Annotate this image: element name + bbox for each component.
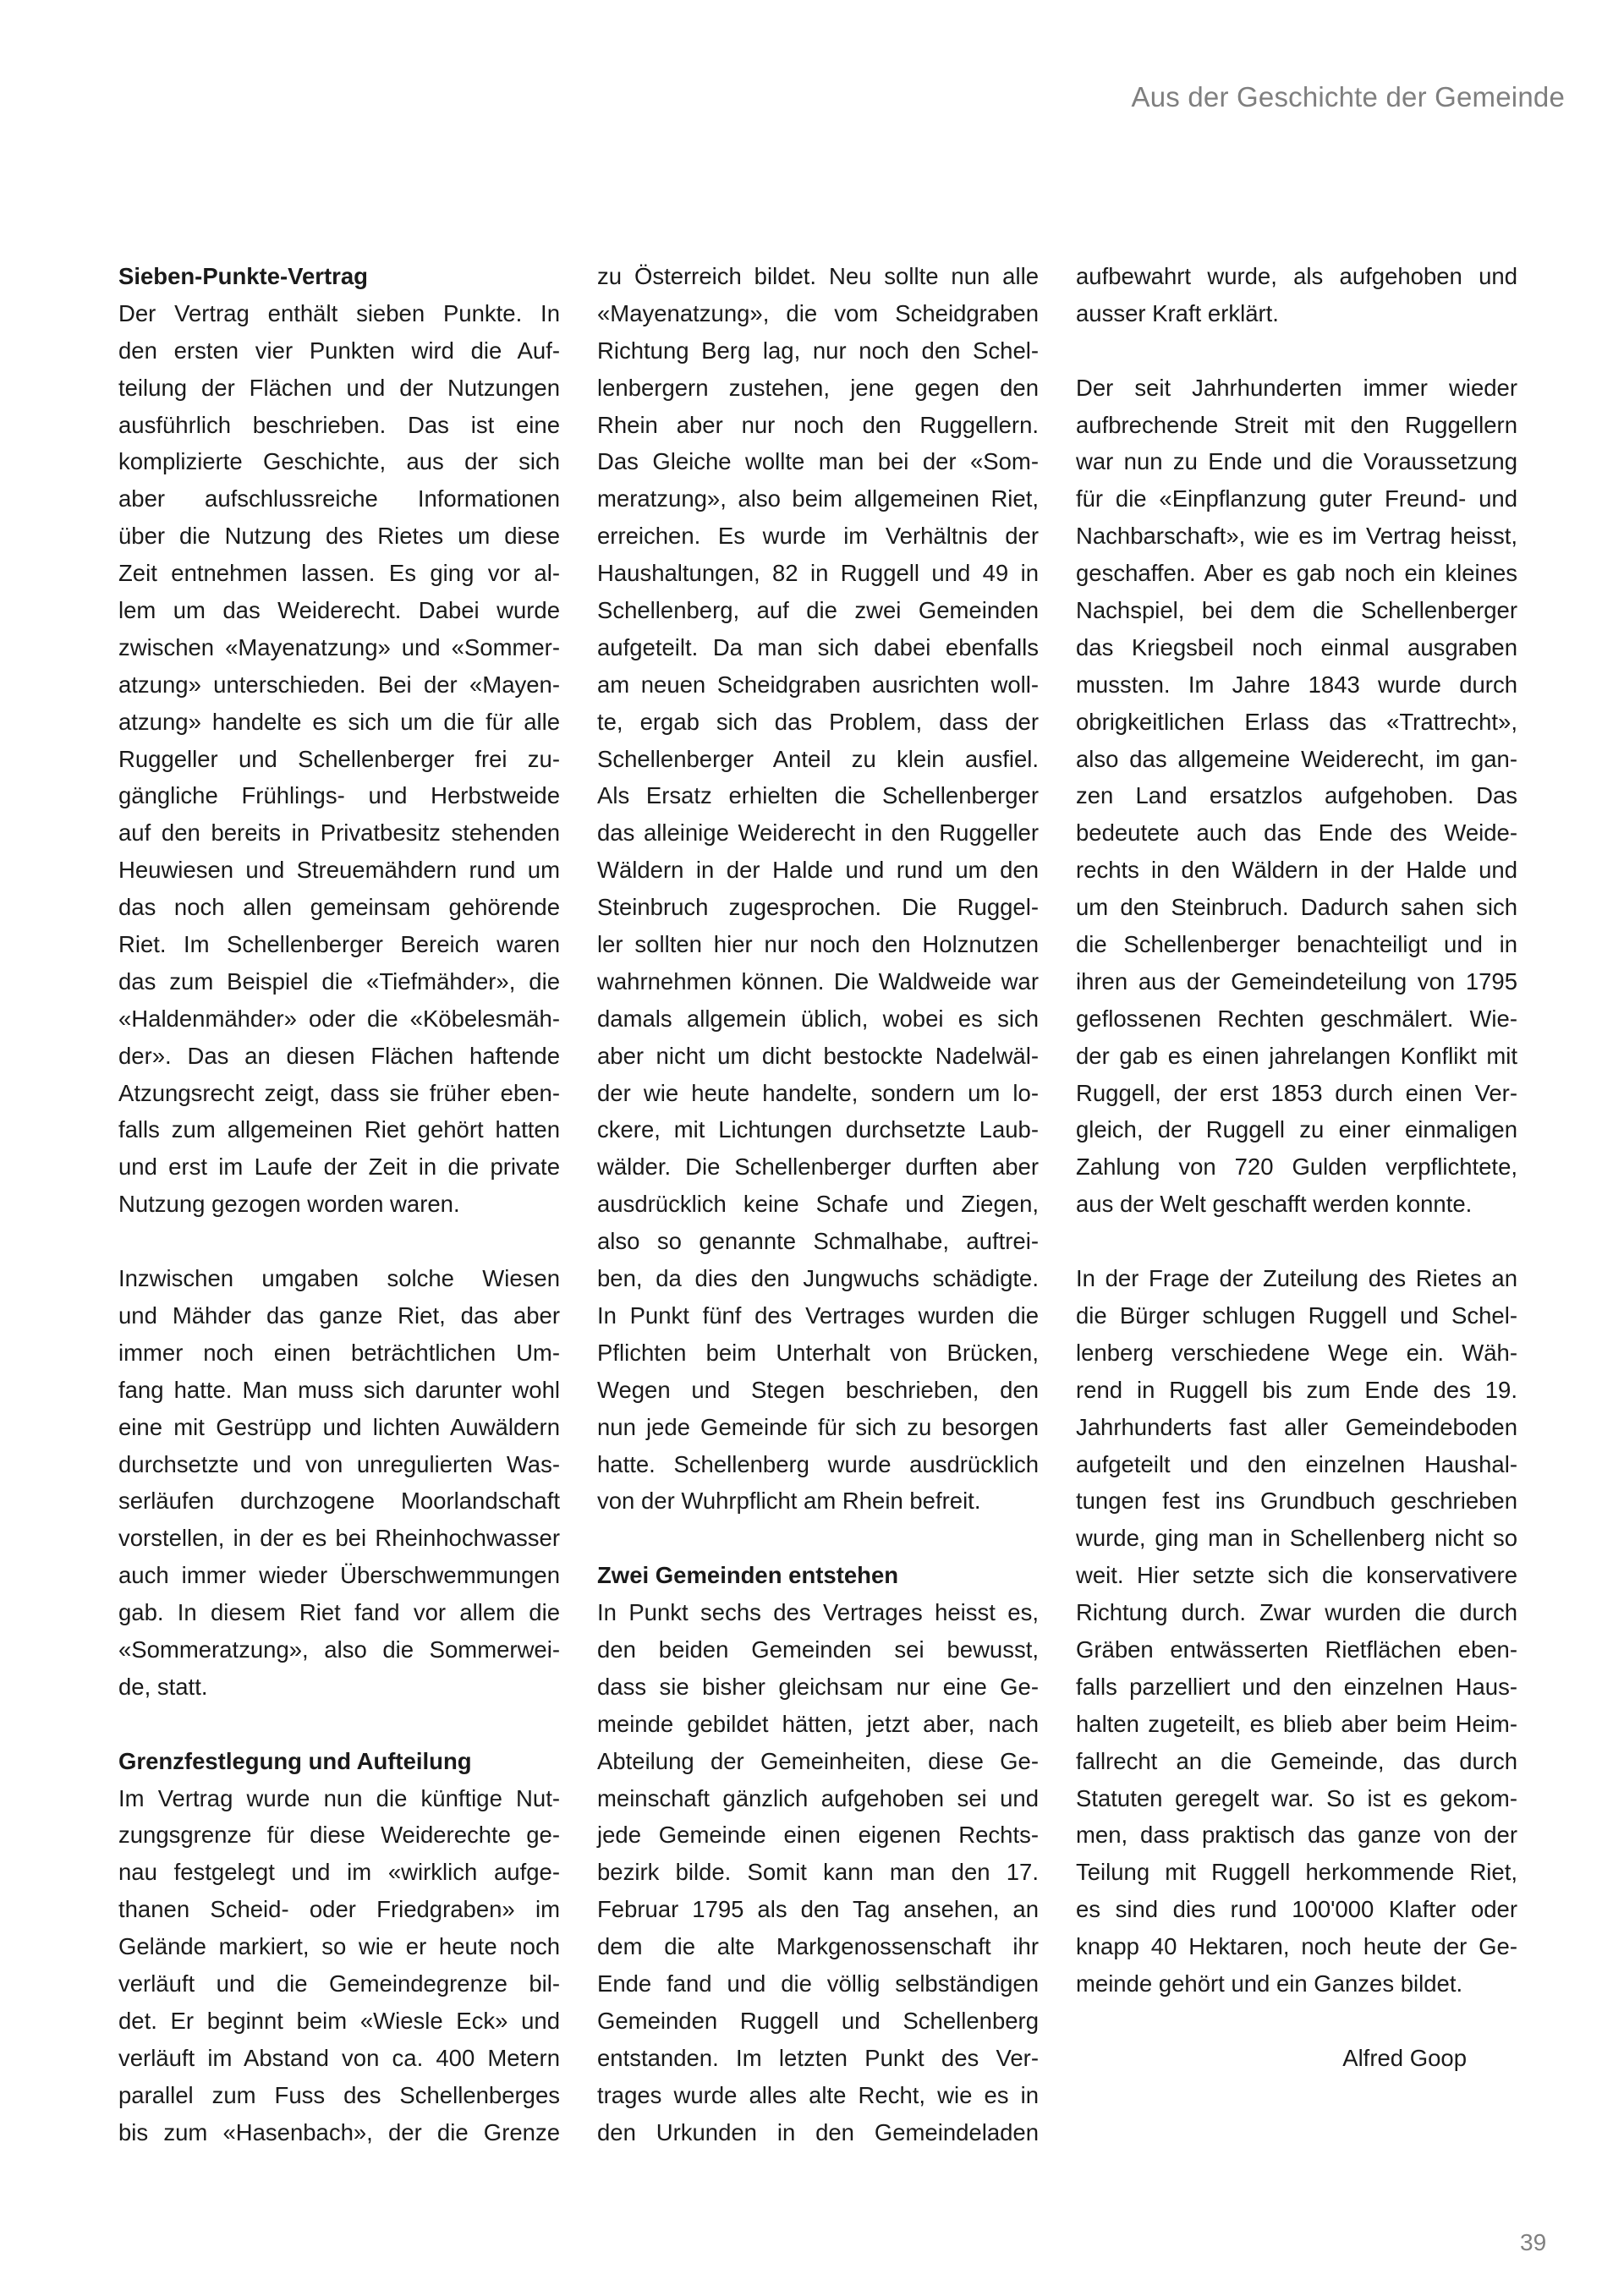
text-line: bedeutete auch das Ende des Weide- — [1076, 814, 1517, 852]
text-line: ausdrücklich keine Schafe und Ziegen, — [597, 1186, 1039, 1223]
text-line: um den Steinbruch. Dadurch sahen sich — [1076, 889, 1517, 926]
text-line: aus der Welt geschafft werden konnte. — [1076, 1186, 1517, 1223]
author-signature: Alfred Goop — [1076, 2040, 1517, 2077]
text-line: Richtung Berg lag, nur noch den Schel- — [597, 332, 1039, 370]
text-line: Pflichten beim Unterhalt von Brücken, — [597, 1334, 1039, 1372]
text-line: also so genannte Schmalhabe, auftrei- — [597, 1223, 1039, 1260]
paragraph: Im Vertrag wurde nun die künftige Nut-zu… — [118, 1780, 560, 2151]
text-line: immer noch einen beträchtlichen Um- — [118, 1334, 560, 1372]
text-line: Statuten geregelt war. So ist es gekom- — [1076, 1780, 1517, 1817]
text-line: die Schellenberger benachteiligt und in — [1076, 926, 1517, 963]
paragraph: Der seit Jahrhunderten immer wiederaufbr… — [1076, 370, 1517, 1223]
text-line: «Sommeratzung», also die Sommerwei- — [118, 1631, 560, 1669]
text-line: das noch allen gemeinsam gehörende — [118, 889, 560, 926]
text-line: In der Frage der Zuteilung des Rietes an — [1076, 1260, 1517, 1297]
text-line: ckere, mit Lichtungen durchsetzte Laub- — [597, 1111, 1039, 1148]
text-line: geschaffen. Aber es gab noch ein kleines — [1076, 555, 1517, 592]
section-heading-zwei-gemeinden: Zwei Gemeinden entstehen — [597, 1557, 1039, 1594]
text-line: wurde, ging man in Schellenberg nicht so — [1076, 1520, 1517, 1557]
text-line: Teilung mit Ruggell herkommende Riet, — [1076, 1854, 1517, 1891]
paragraph: In der Frage der Zuteilung des Rietes an… — [1076, 1260, 1517, 2003]
text-line: Abteilung der Gemeinheiten, diese Ge- — [597, 1743, 1039, 1780]
text-line: ausführlich beschrieben. Das ist eine — [118, 407, 560, 444]
text-line: Der seit Jahrhunderten immer wieder — [1076, 370, 1517, 407]
text-line: atzung» handelte es sich um die für alle — [118, 704, 560, 741]
text-line: Ende fand und die völlig selbständigen — [597, 1965, 1039, 2003]
text-line: Gemeinden Ruggell und Schellenberg — [597, 2003, 1039, 2040]
text-line: Als Ersatz erhielten die Schellenberger — [597, 777, 1039, 814]
text-line: fang hatte. Man muss sich darunter wohl — [118, 1372, 560, 1409]
text-line: Atzungsrecht zeigt, dass sie früher eben… — [118, 1075, 560, 1112]
text-line: damals allgemein üblich, wobei es sich — [597, 1000, 1039, 1038]
text-line: meinde gebildet hätten, jetzt aber, nach — [597, 1706, 1039, 1743]
text-line: nau festgelegt und im «wirklich aufge- — [118, 1854, 560, 1891]
text-line: falls zum allgemeinen Riet gehört hatten — [118, 1111, 560, 1148]
text-line: aufbrechende Streit mit den Ruggellern — [1076, 407, 1517, 444]
text-line: meinde gehört und ein Ganzes bildet. — [1076, 1965, 1517, 2003]
text-line: Der Vertrag enthält sieben Punkte. In — [118, 295, 560, 332]
section-heading-grenzfestlegung: Grenzfestlegung und Aufteilung — [118, 1743, 560, 1780]
text-line: der gab es einen jahrelangen Konflikt mi… — [1076, 1038, 1517, 1075]
text-column-3: aufbewahrt wurde, als aufgehoben undauss… — [1076, 258, 1517, 2077]
text-line: verläuft im Abstand von ca. 400 Metern — [118, 2040, 560, 2077]
text-line: geflossenen Rechten geschmälert. Wie- — [1076, 1000, 1517, 1038]
text-line: trages wurde alles alte Recht, wie es in — [597, 2077, 1039, 2114]
paragraph-spacer — [118, 1223, 560, 1260]
text-line: «Mayenatzung», die vom Scheidgraben — [597, 295, 1039, 332]
text-line: Heuwiesen und Streuemähdern rund um — [118, 852, 560, 889]
text-line: ihren aus der Gemeindeteilung von 1795 — [1076, 963, 1517, 1000]
text-line: auf den bereits in Privatbesitz stehende… — [118, 814, 560, 852]
text-line: verläuft und die Gemeindegrenze bil- — [118, 1965, 560, 2003]
paragraph-spacer — [1076, 2003, 1517, 2040]
text-line: Zeit entnehmen lassen. Es ging vor al- — [118, 555, 560, 592]
text-line: Wegen und Stegen beschrieben, den — [597, 1372, 1039, 1409]
text-line: Schellenberger Anteil zu klein ausfiel. — [597, 741, 1039, 778]
text-line: Im Vertrag wurde nun die künftige Nut- — [118, 1780, 560, 1817]
text-line: das alleinige Weiderecht in den Ruggelle… — [597, 814, 1039, 852]
text-line: teilung der Flächen und der Nutzungen — [118, 370, 560, 407]
text-line: men, dass praktisch das ganze von der — [1076, 1817, 1517, 1854]
text-line: erreichen. Es wurde im Verhältnis der — [597, 518, 1039, 555]
text-line: Nachbarschaft», wie es im Vertrag heisst… — [1076, 518, 1517, 555]
text-line: knapp 40 Hektaren, noch heute der Ge- — [1076, 1928, 1517, 1965]
paragraph-spacer — [1076, 1223, 1517, 1260]
paragraph: Der Vertrag enthält sieben Punkte. Inden… — [118, 295, 560, 1223]
text-line: für die «Einpflanzung guter Freund- und — [1076, 480, 1517, 518]
text-line: aufgeteilt und den einzelnen Haushal- — [1076, 1446, 1517, 1483]
text-line: Nachspiel, bei dem die Schellenberger — [1076, 592, 1517, 629]
text-line: wälder. Die Schellenberger durften aber — [597, 1148, 1039, 1186]
text-line: gleich, der Ruggell zu einer einmaligen — [1076, 1111, 1517, 1148]
text-line: Wäldern in der Halde und rund um den — [597, 852, 1039, 889]
text-line: fallrecht an die Gemeinde, das durch — [1076, 1743, 1517, 1780]
text-line: es sind dies rund 100'000 Klafter oder — [1076, 1891, 1517, 1928]
text-line: nun jede Gemeinde für sich zu besorgen — [597, 1409, 1039, 1446]
text-line: atzung» unterschieden. Bei der «Mayen- — [118, 666, 560, 704]
paragraph-spacer — [1076, 332, 1517, 370]
text-line: Nutzung gezogen worden waren. — [118, 1186, 560, 1223]
text-line: jede Gemeinde einen eigenen Rechts- — [597, 1817, 1039, 1854]
text-line: In Punkt fünf des Vertrages wurden die — [597, 1297, 1039, 1334]
text-line: aufbewahrt wurde, als aufgehoben und — [1076, 258, 1517, 295]
text-line: aufgeteilt. Da man sich dabei ebenfalls — [597, 629, 1039, 666]
running-header-title: Aus der Geschichte der Gemeinde — [1132, 81, 1565, 113]
text-line: det. Er beginnt beim «Wiesle Eck» und — [118, 2003, 560, 2040]
text-line: den beiden Gemeinden sei bewusst, — [597, 1631, 1039, 1669]
paragraph-spacer — [597, 1520, 1039, 1557]
text-line: lenbergern zustehen, jene gegen den — [597, 370, 1039, 407]
text-line: komplizierte Geschichte, aus der sich — [118, 443, 560, 480]
text-line: ler sollten hier nur noch den Holznutzen — [597, 926, 1039, 963]
text-line: dass sie bisher gleichsam nur eine Ge- — [597, 1669, 1039, 1706]
text-line: obrigkeitlichen Erlass das «Trattrecht», — [1076, 704, 1517, 741]
text-column-1: Sieben-Punkte-Vertrag Der Vertrag enthäl… — [118, 258, 560, 2151]
text-line: war nun zu Ende und die Voraussetzung — [1076, 443, 1517, 480]
text-line: Das Gleiche wollte man bei der «Som- — [597, 443, 1039, 480]
text-line: das zum Beispiel die «Tiefmähder», die — [118, 963, 560, 1000]
text-line: Riet. Im Schellenberger Bereich waren — [118, 926, 560, 963]
text-line: thanen Scheid- oder Friedgraben» im — [118, 1891, 560, 1928]
text-column-2: zu Österreich bildet. Neu sollte nun all… — [597, 258, 1039, 2151]
text-line: Ruggell, der erst 1853 durch einen Ver- — [1076, 1075, 1517, 1112]
text-line: gängliche Frühlings- und Herbstweide — [118, 777, 560, 814]
text-line: te, ergab sich das Problem, dass der — [597, 704, 1039, 741]
text-line: entstanden. Im letzten Punkt des Ver- — [597, 2040, 1039, 2077]
text-line: gab. In diesem Riet fand vor allem die — [118, 1594, 560, 1631]
text-line: Jahrhunderts fast aller Gemeindeboden — [1076, 1409, 1517, 1446]
section-heading-sieben-punkte-vertrag: Sieben-Punkte-Vertrag — [118, 258, 560, 295]
text-line: wahrnehmen können. Die Waldweide war — [597, 963, 1039, 1000]
text-line: de, statt. — [118, 1669, 560, 1706]
text-line: auch immer wieder Überschwemmungen — [118, 1557, 560, 1594]
text-line: tungen fest ins Grundbuch geschrieben — [1076, 1482, 1517, 1520]
text-line: bis zum «Hasenbach», der die Grenze — [118, 2114, 560, 2151]
text-line: «Haldenmähder» oder die «Köbelesmäh- — [118, 1000, 560, 1038]
text-line: Rhein aber nur noch den Ruggellern. — [597, 407, 1039, 444]
text-line: Haushaltungen, 82 in Ruggell und 49 in — [597, 555, 1039, 592]
text-line: und erst im Laufe der Zeit in die privat… — [118, 1148, 560, 1186]
text-line: der». Das an diesen Flächen haftende — [118, 1038, 560, 1075]
text-line: weit. Hier setzte sich die konservativer… — [1076, 1557, 1517, 1594]
text-line: Gräben entwässerten Rietflächen eben- — [1076, 1631, 1517, 1669]
text-line: zungsgrenze für diese Weiderechte ge- — [118, 1817, 560, 1854]
text-line: den ersten vier Punkten wird die Auf- — [118, 332, 560, 370]
text-line: rend in Ruggell bis zum Ende des 19. — [1076, 1372, 1517, 1409]
text-line: mussten. Im Jahre 1843 wurde durch — [1076, 666, 1517, 704]
text-line: halten zugeteilt, es blieb aber beim Hei… — [1076, 1706, 1517, 1743]
text-line: aber aufschlussreiche Informationen — [118, 480, 560, 518]
text-line: lem um das Weiderecht. Dabei wurde — [118, 592, 560, 629]
text-line: Ruggeller und Schellenberger frei zu- — [118, 741, 560, 778]
text-line: In Punkt sechs des Vertrages heisst es, — [597, 1594, 1039, 1631]
paragraph: aufbewahrt wurde, als aufgehoben undauss… — [1076, 258, 1517, 332]
text-line: Schellenberg, auf die zwei Gemeinden — [597, 592, 1039, 629]
paragraph: zu Österreich bildet. Neu sollte nun all… — [597, 258, 1039, 1520]
text-line: durchsetzte und von unregulierten Was- — [118, 1446, 560, 1483]
text-line: hatte. Schellenberg wurde ausdrücklich — [597, 1446, 1039, 1483]
text-line: bezirk bilde. Somit kann man den 17. — [597, 1854, 1039, 1891]
text-line: parallel zum Fuss des Schellenberges — [118, 2077, 560, 2114]
text-line: falls parzelliert und den einzelnen Haus… — [1076, 1669, 1517, 1706]
text-line: meratzung», also beim allgemeinen Riet, — [597, 480, 1039, 518]
text-line: eine mit Gestrüpp und lichten Auwäldern — [118, 1409, 560, 1446]
text-line: zen Land ersatzlos aufgehoben. Das — [1076, 777, 1517, 814]
text-line: Steinbruch zugesprochen. Die Ruggel- — [597, 889, 1039, 926]
text-line: also das allgemeine Weiderecht, im gan- — [1076, 741, 1517, 778]
page-number: 39 — [1520, 2229, 1546, 2256]
text-line: zwischen «Mayenatzung» und «Sommer- — [118, 629, 560, 666]
text-line: ben, da dies den Jungwuchs schädigte. — [597, 1260, 1039, 1297]
text-line: Zahlung von 720 Gulden verpflichtete, — [1076, 1148, 1517, 1186]
text-line: Februar 1795 als den Tag ansehen, an — [597, 1891, 1039, 1928]
text-line: Richtung durch. Zwar wurden die durch — [1076, 1594, 1517, 1631]
text-line: aber nicht um dicht bestockte Nadelwäl- — [597, 1038, 1039, 1075]
text-line: über die Nutzung des Rietes um diese — [118, 518, 560, 555]
text-line: zu Österreich bildet. Neu sollte nun all… — [597, 258, 1039, 295]
text-line: vorstellen, in der es bei Rheinhochwasse… — [118, 1520, 560, 1557]
text-line: der wie heute handelte, sondern um lo- — [597, 1075, 1039, 1112]
text-line: rechts in den Wäldern in der Halde und — [1076, 852, 1517, 889]
text-line: lenberg verschiedene Wege ein. Wäh- — [1076, 1334, 1517, 1372]
text-line: von der Wuhrpflicht am Rhein befreit. — [597, 1482, 1039, 1520]
text-line: den Urkunden in den Gemeindeladen — [597, 2114, 1039, 2151]
text-line: meinschaft gänzlich aufgehoben sei und — [597, 1780, 1039, 1817]
text-line: ausser Kraft erklärt. — [1076, 295, 1517, 332]
paragraph: In Punkt sechs des Vertrages heisst es,d… — [597, 1594, 1039, 2151]
text-line: Gelände markiert, so wie er heute noch — [118, 1928, 560, 1965]
text-line: das Kriegsbeil noch einmal ausgraben — [1076, 629, 1517, 666]
text-line: Inzwischen umgaben solche Wiesen — [118, 1260, 560, 1297]
paragraph: Inzwischen umgaben solche Wiesenund Mähd… — [118, 1260, 560, 1706]
text-line: dem die alte Markgenossenschaft ihr — [597, 1928, 1039, 1965]
paragraph-spacer — [118, 1706, 560, 1743]
text-line: am neuen Scheidgraben ausrichten woll- — [597, 666, 1039, 704]
text-line: die Bürger schlugen Ruggell und Schel- — [1076, 1297, 1517, 1334]
text-line: und Mähder das ganze Riet, das aber — [118, 1297, 560, 1334]
text-line: serläufen durchzogene Moorlandschaft — [118, 1482, 560, 1520]
